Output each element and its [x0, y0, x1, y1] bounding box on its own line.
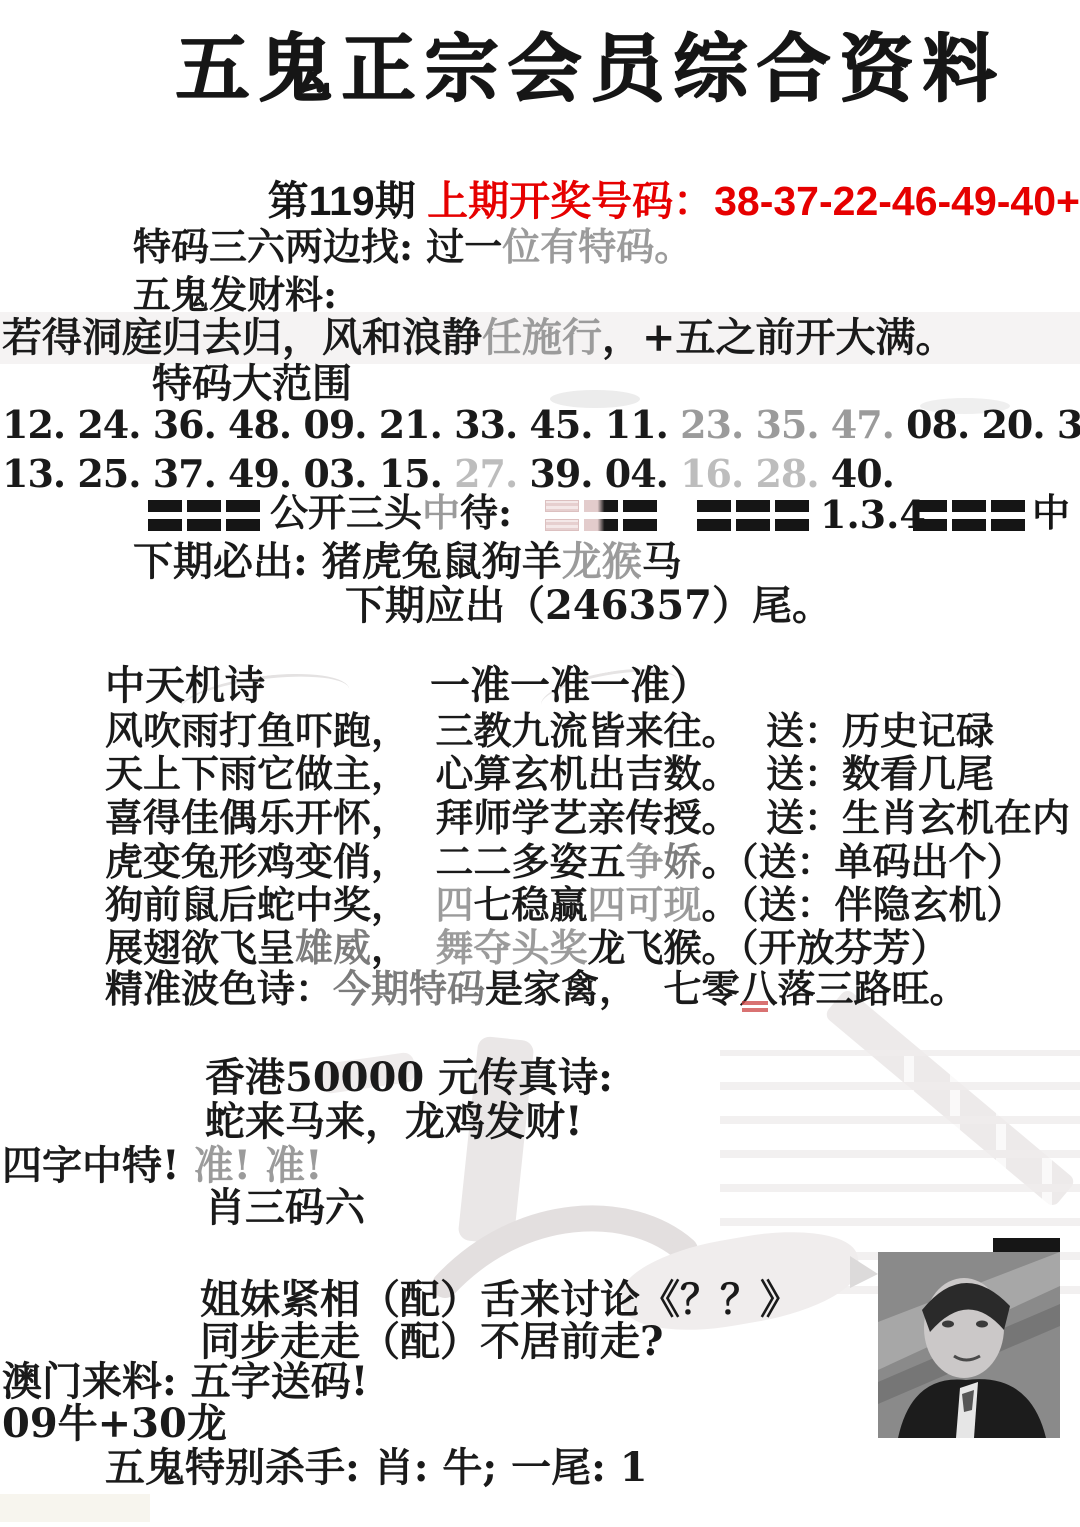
killer-line: 五鬼特别杀手: 肖: 牛; 一尾: 1: [105, 1446, 648, 1491]
lottery-tip-sheet: 五鬼正宗会员综合资料 第119期 上期开奖号码：38-37-22-46-49-4…: [0, 0, 1080, 1527]
watermark-triangle: [850, 1256, 878, 1288]
hexagram-end-label: 中: [1032, 492, 1070, 535]
macau-code-line: 09牛+30龙: [2, 1402, 227, 1447]
hk-fax-line-4: 肖三码六: [205, 1186, 365, 1231]
hk-fax-line-3: 四字中特! 准! 准!: [2, 1144, 323, 1189]
poem-title-2: 一准一准一准）: [430, 664, 710, 709]
poem-line-2: 天上下雨它做主， 心算玄机出吉数。 送：数看几尾: [105, 753, 994, 796]
line-must-out: 下期必出: 猪虎兔鼠狗羊龙猴马: [133, 540, 682, 585]
poem-line-7: 精准波色诗：今期特码是家禽， 七零八落三路旺。: [105, 968, 968, 1011]
line-should-out: 下期应出（246357）尾。: [345, 584, 832, 629]
line-gongkai: 公开三头中待:: [270, 492, 512, 535]
line-facai-label: 五鬼发财料:: [133, 274, 337, 317]
line-range-label: 特码大范围: [152, 362, 352, 407]
poem-line-4: 虎变兔形鸡变俏， 二二多姿五争娇。（送：单码出个）: [105, 841, 1025, 884]
poem-line-3: 喜得佳偶乐开怀， 拜师学艺亲传授。 送：生肖玄机在内: [105, 797, 1070, 840]
scan-mark-cream: [0, 1494, 150, 1522]
poem-line-5: 狗前鼠后蛇中奖， 四七稳赢四可现。（送：伴隐玄机）: [105, 884, 1025, 927]
hexagram-group-2: [545, 500, 662, 531]
hexagram-group-4: [913, 500, 1030, 531]
macau-line: 澳门来料: 五字送码!: [2, 1360, 368, 1405]
issue-number: 第119期: [268, 178, 428, 224]
red-underline-mark: [742, 1008, 768, 1012]
hk-fax-line-2: 蛇来马来，龙鸡发财!: [205, 1100, 583, 1145]
page-title: 五鬼正宗会员综合资料: [150, 10, 1030, 116]
poem-title: 中天机诗: [105, 664, 265, 709]
poem-line-6: 展翅欲飞呈雄威， 舞夺头奖龙飞猴。（开放芬芳）: [105, 927, 949, 970]
line-facai-poem: 若得洞庭归去归，风和浪静任施行，+五之前开大满。: [2, 316, 956, 361]
hexagram-mid-label: 1.3.4: [820, 494, 926, 537]
line-tema-find: 特码三六两边找: 过一位有特码。: [133, 226, 692, 269]
portrait-photo: [878, 1252, 1060, 1438]
hexagram-group-1: [148, 500, 265, 531]
number-row-1: 12. 24. 36. 48. 09. 21. 33. 45. 11. 23. …: [2, 404, 1080, 447]
last-draw-numbers: 上期开奖号码：38-37-22-46-49-40+08: [427, 178, 1080, 224]
hexagram-group-3: [697, 500, 814, 531]
hk-fax-line-1: 香港50000 元传真诗:: [205, 1056, 613, 1101]
red-underline-mark: [742, 1001, 768, 1005]
pair-line-1: 姐妹紧相（配）舌来讨论《？？》: [200, 1278, 800, 1323]
poem-line-1: 风吹雨打鱼吓跑， 三教九流皆来往。 送：历史记碌: [105, 710, 994, 753]
